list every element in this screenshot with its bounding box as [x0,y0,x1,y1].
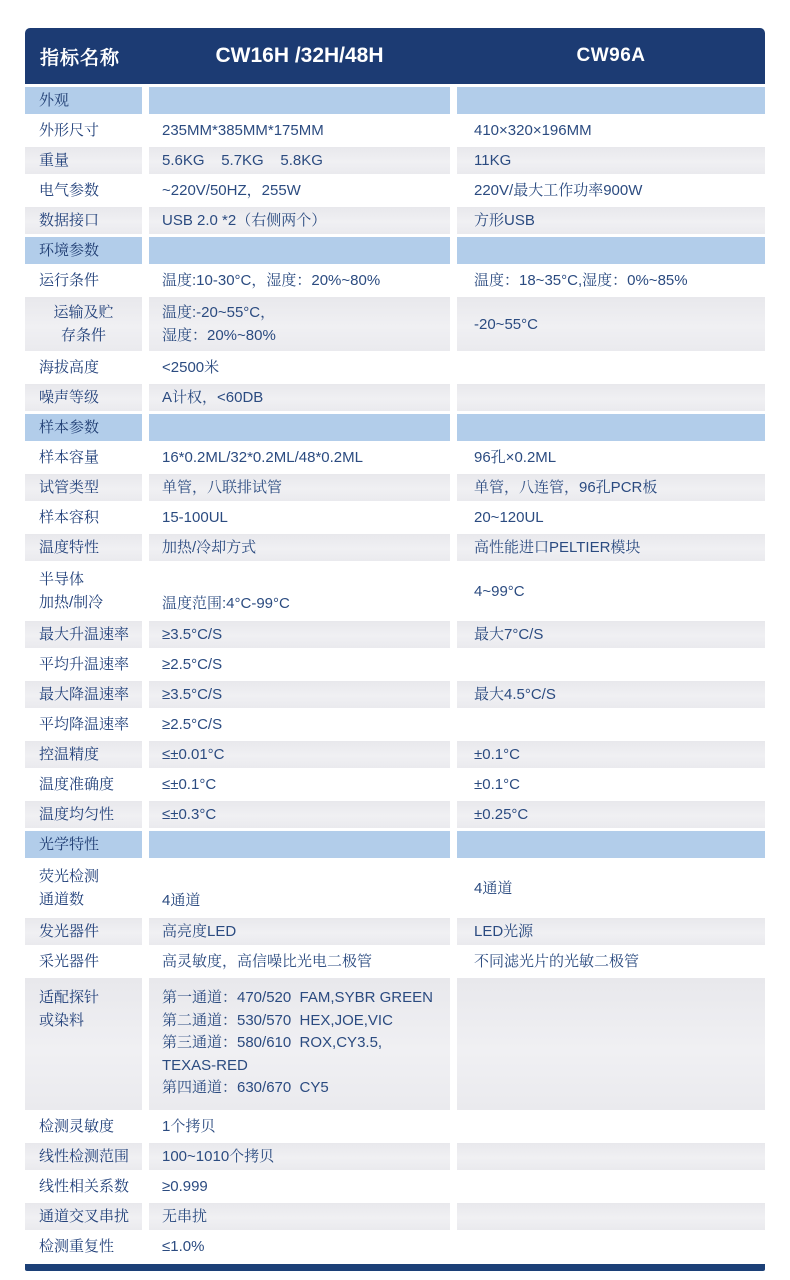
value-cw16h-32h-48h: ≥3.5°C/S [149,681,450,708]
value-cw96a [457,1233,765,1260]
row-label-line: 或染料 [39,1010,142,1033]
value-cw96a-line: 不同滤光片的光敏二极管 [474,950,765,973]
section-row: 样本参数 [25,414,765,441]
value-cw16h-32h-48h-line: <2500米 [162,356,450,379]
value-cw16h-32h-48h-line: ≥0.999 [162,1175,450,1198]
value-cw16h-32h-48h-line: 1个拷贝 [162,1115,450,1138]
table-row: 最大降温速率≥3.5°C/S最大4.5°C/S [25,681,765,708]
value-cw16h-32h-48h: ≥3.5°C/S [149,621,450,648]
value-cw96a [457,831,765,858]
section-title-line: 外观 [39,89,142,112]
value-cw16h-32h-48h [149,414,450,441]
value-cw16h-32h-48h-line: ≥2.5°C/S [162,713,450,736]
row-label: 温度准确度 [25,771,142,798]
row-label-line: 运输及贮 [25,301,142,324]
row-label-line: 通道交叉串扰 [39,1205,142,1228]
value-cw16h-32h-48h-line: 15-100UL [162,506,450,529]
value-cw16h-32h-48h: 加热/冷却方式 [149,534,450,561]
row-label-line: 适配探针 [39,987,142,1010]
row-label-line: 控温精度 [39,743,142,766]
table-row: 线性相关系数≥0.999 [25,1173,765,1200]
table-row: 发光器件高亮度LEDLED光源 [25,918,765,945]
value-cw16h-32h-48h: <2500米 [149,354,450,381]
row-label-line: 样本容量 [39,446,142,469]
section-title-line: 光学特性 [39,833,142,856]
row-label-line: 数据接口 [39,209,142,232]
section-row: 环境参数 [25,237,765,264]
bottom-accent-bar [25,1264,765,1271]
table-row: 试管类型单管，八联排试管单管，八连管，96孔PCR板 [25,474,765,501]
section-title-line: 样本参数 [39,416,142,439]
value-cw96a-line: ±0.25°C [474,803,765,826]
row-label: 适配探针或染料 [25,978,142,1110]
row-label-line: 温度均匀性 [39,803,142,826]
value-cw16h-32h-48h-line: 235MM*385MM*175MM [162,119,450,142]
value-cw16h-32h-48h-line: 第三通道：580/610 ROX,CY3.5, [162,1032,450,1055]
header-col-metric-name: 指标名称 [25,43,142,70]
value-cw96a: 4~99°C [457,564,765,618]
value-cw96a [457,1173,765,1200]
table-row: 数据接口USB 2.0 *2（右侧两个）方形USB [25,207,765,234]
value-cw16h-32h-48h-line: 高灵敏度，高信噪比光电二极管 [162,950,450,973]
value-cw96a: ±0.1°C [457,771,765,798]
value-cw16h-32h-48h-line: ≥2.5°C/S [162,653,450,676]
table-header-row: 指标名称 CW16H /32H/48H CW96A [25,28,765,84]
value-cw16h-32h-48h: ≤1.0% [149,1233,450,1260]
row-label-line: 电气参数 [39,179,142,202]
table-row: 运输及贮存条件温度:-20~55°C，湿度：20%~80%-20~55°C [25,297,765,351]
value-cw96a: 方形USB [457,207,765,234]
value-cw96a: 96孔×0.2ML [457,444,765,471]
value-cw16h-32h-48h-line: 4通道 [162,889,450,912]
row-label: 噪声等级 [25,384,142,411]
value-cw96a [457,87,765,114]
row-label: 样本容积 [25,504,142,531]
section-row: 光学特性 [25,831,765,858]
value-cw96a: 最大4.5°C/S [457,681,765,708]
value-cw96a: -20~55°C [457,297,765,351]
table-row: 检测灵敏度1个拷贝 [25,1113,765,1140]
value-cw16h-32h-48h-line: 第一通道：470/520 FAM,SYBR GREEN [162,987,450,1010]
table-row: 采光器件高灵敏度，高信噪比光电二极管不同滤光片的光敏二极管 [25,948,765,975]
value-cw16h-32h-48h: 温度范围:4°C-99°C [149,564,450,618]
value-cw96a-line: 最大7°C/S [474,623,765,646]
row-label: 温度均匀性 [25,801,142,828]
value-cw96a-line: 220V/最大工作功率900W [474,179,765,202]
value-cw16h-32h-48h: 100~1010个拷贝 [149,1143,450,1170]
table-row: 线性检测范围100~1010个拷贝 [25,1143,765,1170]
row-label: 线性相关系数 [25,1173,142,1200]
row-label: 采光器件 [25,948,142,975]
value-cw96a: LED光源 [457,918,765,945]
row-label: 最大升温速率 [25,621,142,648]
row-label: 控温精度 [25,741,142,768]
row-label-line: 运行条件 [39,269,142,292]
value-cw96a: 11KG [457,147,765,174]
value-cw16h-32h-48h-line: 温度:10-30°C，湿度：20%~80% [162,269,450,292]
row-label-line: 温度准确度 [39,773,142,796]
value-cw96a-line: 96孔×0.2ML [474,446,765,469]
value-cw16h-32h-48h: ≤±0.1°C [149,771,450,798]
row-label-line: 发光器件 [39,920,142,943]
value-cw16h-32h-48h: 无串扰 [149,1203,450,1230]
row-label-line: 样本容积 [39,506,142,529]
value-cw16h-32h-48h: ≥2.5°C/S [149,711,450,738]
row-label: 运输及贮存条件 [25,297,142,351]
value-cw96a: 20~120UL [457,504,765,531]
value-cw16h-32h-48h: 235MM*385MM*175MM [149,117,450,144]
value-cw96a [457,414,765,441]
value-cw16h-32h-48h: 温度:10-30°C，湿度：20%~80% [149,267,450,294]
value-cw16h-32h-48h: 温度:-20~55°C，湿度：20%~80% [149,297,450,351]
table-row: 检测重复性≤1.0% [25,1233,765,1260]
row-label-line: 半导体 [39,568,142,591]
value-cw16h-32h-48h [149,237,450,264]
value-cw16h-32h-48h: ≥0.999 [149,1173,450,1200]
value-cw96a-line: 温度：18~35°C,湿度：0%~85% [474,269,765,292]
row-label-line: 存条件 [25,324,142,347]
value-cw16h-32h-48h-line: ≤±0.3°C [162,803,450,826]
value-cw16h-32h-48h-line: 第二通道：530/570 HEX,JOE,VIC [162,1010,450,1033]
table-row: 温度均匀性≤±0.3°C±0.25°C [25,801,765,828]
value-cw16h-32h-48h-line: TEXAS-RED [162,1055,450,1078]
value-cw96a: ±0.25°C [457,801,765,828]
row-label-line: 通道数 [39,888,142,911]
section-title-line: 环境参数 [39,239,142,262]
row-label-line: 最大升温速率 [39,623,142,646]
value-cw96a [457,1113,765,1140]
value-cw16h-32h-48h-line: 高亮度LED [162,920,450,943]
row-label-line: 外形尺寸 [39,119,142,142]
value-cw96a-line: 方形USB [474,209,765,232]
table-row: 外形尺寸235MM*385MM*175MM410×320×196MM [25,117,765,144]
row-label-line: 海拔高度 [39,356,142,379]
row-label: 半导体加热/制冷 [25,564,142,618]
value-cw96a [457,237,765,264]
value-cw96a-line: 11KG [474,149,765,172]
table-row: 平均升温速率≥2.5°C/S [25,651,765,678]
section-title: 外观 [25,87,142,114]
row-label: 重量 [25,147,142,174]
value-cw96a [457,651,765,678]
table-row: 样本容积15-100UL20~120UL [25,504,765,531]
value-cw16h-32h-48h-line: 单管，八联排试管 [162,476,450,499]
value-cw96a: 220V/最大工作功率900W [457,177,765,204]
value-cw96a: 4通道 [457,861,765,915]
row-label: 检测重复性 [25,1233,142,1260]
row-label: 样本容量 [25,444,142,471]
value-cw16h-32h-48h-line: 5.6KG 5.7KG 5.8KG [162,149,450,172]
value-cw16h-32h-48h-line: 湿度：20%~80% [162,324,450,347]
value-cw96a-line: 4~99°C [474,580,765,603]
header-col-cw16h-32h-48h: CW16H /32H/48H [149,44,450,68]
value-cw16h-32h-48h: 1个拷贝 [149,1113,450,1140]
table-row: 电气参数~220V/50HZ，255W220V/最大工作功率900W [25,177,765,204]
value-cw16h-32h-48h-line: 无串扰 [162,1205,450,1228]
value-cw96a: 单管，八连管，96孔PCR板 [457,474,765,501]
value-cw16h-32h-48h: 单管，八联排试管 [149,474,450,501]
value-cw16h-32h-48h-line: ≤±0.1°C [162,773,450,796]
row-label: 发光器件 [25,918,142,945]
table-row: 温度准确度≤±0.1°C±0.1°C [25,771,765,798]
value-cw96a [457,354,765,381]
row-label: 平均升温速率 [25,651,142,678]
table-row: 最大升温速率≥3.5°C/S最大7°C/S [25,621,765,648]
value-cw16h-32h-48h: 高亮度LED [149,918,450,945]
row-label: 温度特性 [25,534,142,561]
value-cw16h-32h-48h: ≥2.5°C/S [149,651,450,678]
value-cw16h-32h-48h: ≤±0.3°C [149,801,450,828]
header-col-cw96a: CW96A [457,45,765,67]
value-cw16h-32h-48h: 第一通道：470/520 FAM,SYBR GREEN第二通道：530/570 … [149,978,450,1110]
value-cw16h-32h-48h-line: 100~1010个拷贝 [162,1145,450,1168]
value-cw16h-32h-48h [149,831,450,858]
row-label: 线性检测范围 [25,1143,142,1170]
value-cw16h-32h-48h-line: ≥3.5°C/S [162,623,450,646]
value-cw96a-line: 最大4.5°C/S [474,683,765,706]
row-label-line: 检测重复性 [39,1235,142,1258]
row-label-line: 试管类型 [39,476,142,499]
row-label: 试管类型 [25,474,142,501]
row-label-line: 采光器件 [39,950,142,973]
row-label-line: 加热/制冷 [39,591,142,614]
value-cw96a-line: ±0.1°C [474,743,765,766]
value-cw16h-32h-48h-line: ~220V/50HZ，255W [162,179,450,202]
table-row: 海拔高度<2500米 [25,354,765,381]
value-cw16h-32h-48h-line: 第四通道：630/670 CY5 [162,1077,450,1100]
table-row: 平均降温速率≥2.5°C/S [25,711,765,738]
row-label-line: 最大降温速率 [39,683,142,706]
value-cw16h-32h-48h-line: 温度:-20~55°C， [162,301,450,324]
value-cw16h-32h-48h: ≤±0.01°C [149,741,450,768]
table-row: 通道交叉串扰无串扰 [25,1203,765,1230]
value-cw96a-line: 410×320×196MM [474,119,765,142]
value-cw16h-32h-48h: 高灵敏度，高信噪比光电二极管 [149,948,450,975]
value-cw16h-32h-48h-line: USB 2.0 *2（右侧两个） [162,209,450,232]
value-cw16h-32h-48h-line: 16*0.2ML/32*0.2ML/48*0.2ML [162,446,450,469]
row-label-line: 线性相关系数 [39,1175,142,1198]
row-label: 外形尺寸 [25,117,142,144]
row-label: 检测灵敏度 [25,1113,142,1140]
row-label-line: 检测灵敏度 [39,1115,142,1138]
row-label: 平均降温速率 [25,711,142,738]
table-row: 荧光检测通道数4通道4通道 [25,861,765,915]
table-row: 半导体加热/制冷温度范围:4°C-99°C4~99°C [25,564,765,618]
table-row: 适配探针或染料第一通道：470/520 FAM,SYBR GREEN第二通道：5… [25,978,765,1110]
value-cw96a [457,1143,765,1170]
row-label-line: 线性检测范围 [39,1145,142,1168]
value-cw16h-32h-48h: ~220V/50HZ，255W [149,177,450,204]
table-row: 控温精度≤±0.01°C±0.1°C [25,741,765,768]
value-cw96a: 高性能进口PELTIER模块 [457,534,765,561]
row-label: 通道交叉串扰 [25,1203,142,1230]
value-cw16h-32h-48h [149,87,450,114]
value-cw16h-32h-48h: 16*0.2ML/32*0.2ML/48*0.2ML [149,444,450,471]
table-body: 外观外形尺寸235MM*385MM*175MM410×320×196MM重量5.… [25,87,765,1271]
table-row: 重量5.6KG 5.7KG 5.8KG11KG [25,147,765,174]
value-cw96a-line: 单管，八连管，96孔PCR板 [474,476,765,499]
table-row: 运行条件温度:10-30°C，湿度：20%~80%温度：18~35°C,湿度：0… [25,267,765,294]
value-cw96a: 不同滤光片的光敏二极管 [457,948,765,975]
row-label: 运行条件 [25,267,142,294]
value-cw16h-32h-48h-line: ≤1.0% [162,1235,450,1258]
value-cw96a [457,384,765,411]
value-cw16h-32h-48h: 5.6KG 5.7KG 5.8KG [149,147,450,174]
value-cw16h-32h-48h-line: 加热/冷却方式 [162,536,450,559]
value-cw16h-32h-48h: 4通道 [149,861,450,915]
section-title: 光学特性 [25,831,142,858]
value-cw96a [457,978,765,1110]
row-label-line: 荧光检测 [39,865,142,888]
row-label-line: 噪声等级 [39,386,142,409]
row-label-line: 重量 [39,149,142,172]
table-row: 样本容量16*0.2ML/32*0.2ML/48*0.2ML96孔×0.2ML [25,444,765,471]
spec-comparison-table: 指标名称 CW16H /32H/48H CW96A 外观外形尺寸235MM*38… [25,28,765,1271]
value-cw96a-line: 4通道 [474,877,765,900]
table-row: 噪声等级A计权，<60DB [25,384,765,411]
value-cw96a-line: ±0.1°C [474,773,765,796]
value-cw96a-line: -20~55°C [474,313,765,336]
value-cw16h-32h-48h-line: ≥3.5°C/S [162,683,450,706]
value-cw96a-line: LED光源 [474,920,765,943]
section-title: 样本参数 [25,414,142,441]
table-row: 温度特性加热/冷却方式高性能进口PELTIER模块 [25,534,765,561]
value-cw16h-32h-48h: A计权，<60DB [149,384,450,411]
row-label: 数据接口 [25,207,142,234]
section-row: 外观 [25,87,765,114]
value-cw96a [457,1203,765,1230]
value-cw96a: 最大7°C/S [457,621,765,648]
row-label: 海拔高度 [25,354,142,381]
row-label: 最大降温速率 [25,681,142,708]
value-cw16h-32h-48h: USB 2.0 *2（右侧两个） [149,207,450,234]
row-label-line: 平均升温速率 [39,653,142,676]
value-cw16h-32h-48h-line: 温度范围:4°C-99°C [162,592,450,615]
section-title: 环境参数 [25,237,142,264]
row-label-line: 平均降温速率 [39,713,142,736]
value-cw96a: 温度：18~35°C,湿度：0%~85% [457,267,765,294]
value-cw96a [457,711,765,738]
value-cw16h-32h-48h-line: A计权，<60DB [162,386,450,409]
value-cw96a-line: 高性能进口PELTIER模块 [474,536,765,559]
row-label: 荧光检测通道数 [25,861,142,915]
value-cw16h-32h-48h: 15-100UL [149,504,450,531]
value-cw96a: 410×320×196MM [457,117,765,144]
value-cw96a: ±0.1°C [457,741,765,768]
value-cw96a-line: 20~120UL [474,506,765,529]
row-label: 电气参数 [25,177,142,204]
row-label-line: 温度特性 [39,536,142,559]
value-cw16h-32h-48h-line: ≤±0.01°C [162,743,450,766]
